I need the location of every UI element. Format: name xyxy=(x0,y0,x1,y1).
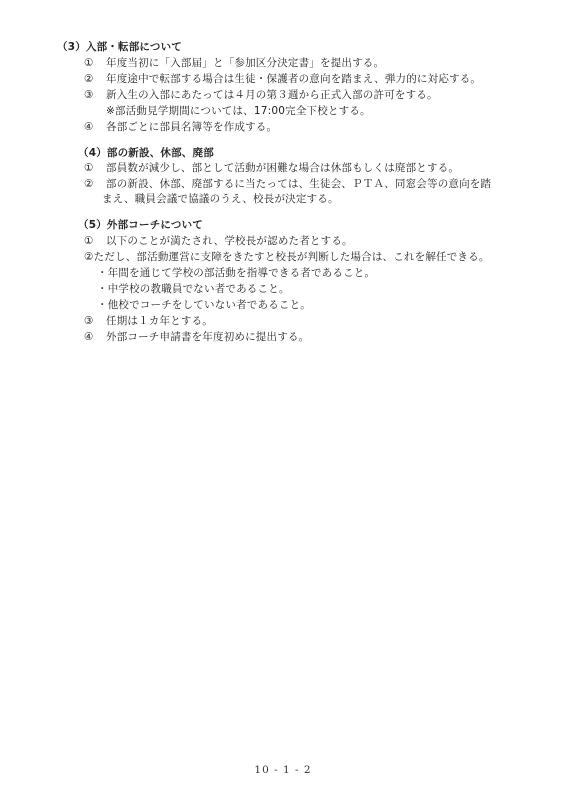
item-number: ① xyxy=(84,234,106,248)
section-3-heading: （3）入部・転部について xyxy=(57,40,182,54)
section-4-item-2: ②部の新設、休部、廃部するに当たっては、生徒会、ＰＴＡ、同窓会等の意向を踏 xyxy=(84,177,491,191)
item-text: ※部活動見学期間については、17:00完全下校とする。 xyxy=(106,105,371,117)
item-text: 以下のことが満たされ、学校長が認めた者とする。 xyxy=(106,235,353,247)
item-number: ② xyxy=(84,251,94,263)
item-text: ただし、部活動運営に支障をきたすと校長が判断した場合は、これを解任できる。 xyxy=(94,251,490,263)
section-5-item-1: ①以下のことが満たされ、学校長が認めた者とする。 xyxy=(84,234,353,248)
item-text: ・他校でコーチをしていない者であること。 xyxy=(97,299,311,311)
section-5-bullet-2: ・中学校の教職員でない者であること。 xyxy=(97,282,290,296)
item-text: 外部コーチ申請書を年度初めに提出する。 xyxy=(106,331,309,343)
section-4-heading: （4）部の新設、休部、廃部 xyxy=(78,146,214,160)
section-4-item-2-cont: まえ、職員会議で協議のうえ、校長が決定する。 xyxy=(102,192,339,206)
section-5-item-3: ③任期は１カ年とする。 xyxy=(84,314,213,328)
section-3-item-3-note: ※部活動見学期間については、17:00完全下校とする。 xyxy=(84,104,371,118)
section-5-item-4: ④外部コーチ申請書を年度初めに提出する。 xyxy=(84,330,309,344)
item-number: ② xyxy=(84,177,106,191)
section-3-item-1: ①年度当初に「入部届」と「参加区分決定書」を提出する。 xyxy=(84,56,384,70)
item-text: 年度途中で転部する場合は生徒・保護者の意向を踏まえ、弾力的に対応する。 xyxy=(106,73,481,85)
item-text: 部の新設、休部、廃部するに当たっては、生徒会、ＰＴＡ、同窓会等の意向を踏 xyxy=(106,178,491,190)
item-text: 各部ごとに部員名簿等を作成する。 xyxy=(106,121,277,133)
section-4-item-1: ①部員数が減少し、部として活動が困難な場合は休部もしくは廃部とする。 xyxy=(84,161,459,175)
item-number: ④ xyxy=(84,330,106,344)
item-number: ③ xyxy=(84,88,106,102)
section-5-bullet-1: ・年間を通じて学校の部活動を指導できる者であること。 xyxy=(97,266,375,280)
section-3-item-3: ③新入生の入部にあたっては４月の第３週から正式入部の許可をする。 xyxy=(84,88,438,102)
item-number: ④ xyxy=(84,120,106,134)
section-5-item-2: ②ただし、部活動運営に支障をきたすと校長が判断した場合は、これを解任できる。 xyxy=(84,250,490,264)
section-3-item-2: ②年度途中で転部する場合は生徒・保護者の意向を踏まえ、弾力的に対応する。 xyxy=(84,72,481,86)
item-text: ・年間を通じて学校の部活動を指導できる者であること。 xyxy=(97,267,375,279)
item-number: ① xyxy=(84,56,106,70)
item-text: ・中学校の教職員でない者であること。 xyxy=(97,283,290,295)
section-3-item-4: ④各部ごとに部員名簿等を作成する。 xyxy=(84,120,277,134)
item-number: ① xyxy=(84,161,106,175)
item-number: ③ xyxy=(84,314,106,328)
item-text: 新入生の入部にあたっては４月の第３週から正式入部の許可をする。 xyxy=(106,89,438,101)
item-text: まえ、職員会議で協議のうえ、校長が決定する。 xyxy=(102,193,339,205)
item-number: ② xyxy=(84,72,106,86)
item-text: 任期は１カ年とする。 xyxy=(106,315,213,327)
item-text: 年度当初に「入部届」と「参加区分決定書」を提出する。 xyxy=(106,57,384,69)
section-5-heading: （5）外部コーチについて xyxy=(78,218,203,232)
page-number: 10 - 1 - 2 xyxy=(0,764,566,776)
section-5-bullet-3: ・他校でコーチをしていない者であること。 xyxy=(97,298,311,312)
item-text: 部員数が減少し、部として活動が困難な場合は休部もしくは廃部とする。 xyxy=(106,162,459,174)
